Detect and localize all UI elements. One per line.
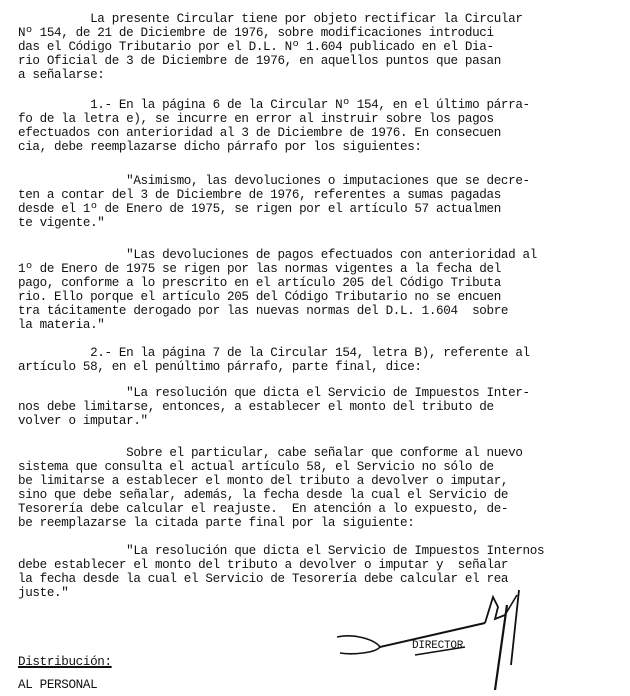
quote3-line: "La resolución que dicta el Servicio de … [18,386,530,400]
point1-line: cia, debe reemplazarse dicho párrafo por… [18,140,422,154]
para3-line: sistema que consulta el actual artículo … [18,460,494,474]
quote1-line: desde el 1º de Enero de 1975, se rigen p… [18,202,501,216]
scanned-document-page: La presente Circular tiene por objeto re… [0,0,630,696]
quote4-line: la fecha desde la cual el Servicio de Te… [18,572,508,586]
quote2-line: 1º de Enero de 1975 se rigen por las nor… [18,262,501,276]
quote1-line: ten a contar del 3 de Diciembre de 1976,… [18,188,501,202]
para3-line: be reemplazarse la citada parte final po… [18,516,414,530]
para3-line: Tesorería debe calcular el reajuste. En … [18,502,508,516]
quote2-line: pago, conforme a lo prescrito en el artí… [18,276,501,290]
intro-line: La presente Circular tiene por objeto re… [18,12,523,26]
point2-line: artículo 58, en el penúltimo párrafo, pa… [18,360,422,374]
intro-line: das el Código Tributario por el D.L. Nº … [18,40,494,54]
quote2-line: tra tácitamente derogado por las nuevas … [18,304,508,318]
quote4-line: debe establecer el monto del tributo a d… [18,558,508,572]
para3-line: Sobre el particular, cabe señalar que co… [18,446,523,460]
point2-line: 2.- En la página 7 de la Circular 154, l… [18,346,530,360]
signature-title: DIRECTOR [412,640,463,652]
quote4-line: "La resolución que dicta el Servicio de … [18,544,544,558]
intro-line: Nº 154, de 21 de Diciembre de 1976, sobr… [18,26,494,40]
distribution-label: Distribución: [18,655,112,669]
distribution-value: AL PERSONAL [18,678,97,692]
quote1-line: "Asimismo, las devoluciones o imputacion… [18,174,530,188]
quote3-line: volver o imputar." [18,414,148,428]
para3-line: be limitarse a establecer el monto del t… [18,474,508,488]
quote2-line: "Las devoluciones de pagos efectuados co… [18,248,537,262]
quote1-line: te vigente." [18,216,105,230]
point1-line: efectuados con anterioridad al 3 de Dici… [18,126,501,140]
intro-line: rio Oficial de 3 de Diciembre de 1976, e… [18,54,501,68]
intro-line: a señalarse: [18,68,105,82]
para3-line: sino que debe señalar, además, la fecha … [18,488,508,502]
quote3-line: nos debe limitarse, entonces, a establec… [18,400,494,414]
quote2-line: rio. Ello porque el artículo 205 del Cód… [18,290,501,304]
point1-line: fo de la letra e), se incurre en error a… [18,112,494,126]
point1-line: 1.- En la página 6 de la Circular Nº 154… [18,98,530,112]
quote4-line: juste." [18,586,68,600]
quote2-line: la materia." [18,318,105,332]
